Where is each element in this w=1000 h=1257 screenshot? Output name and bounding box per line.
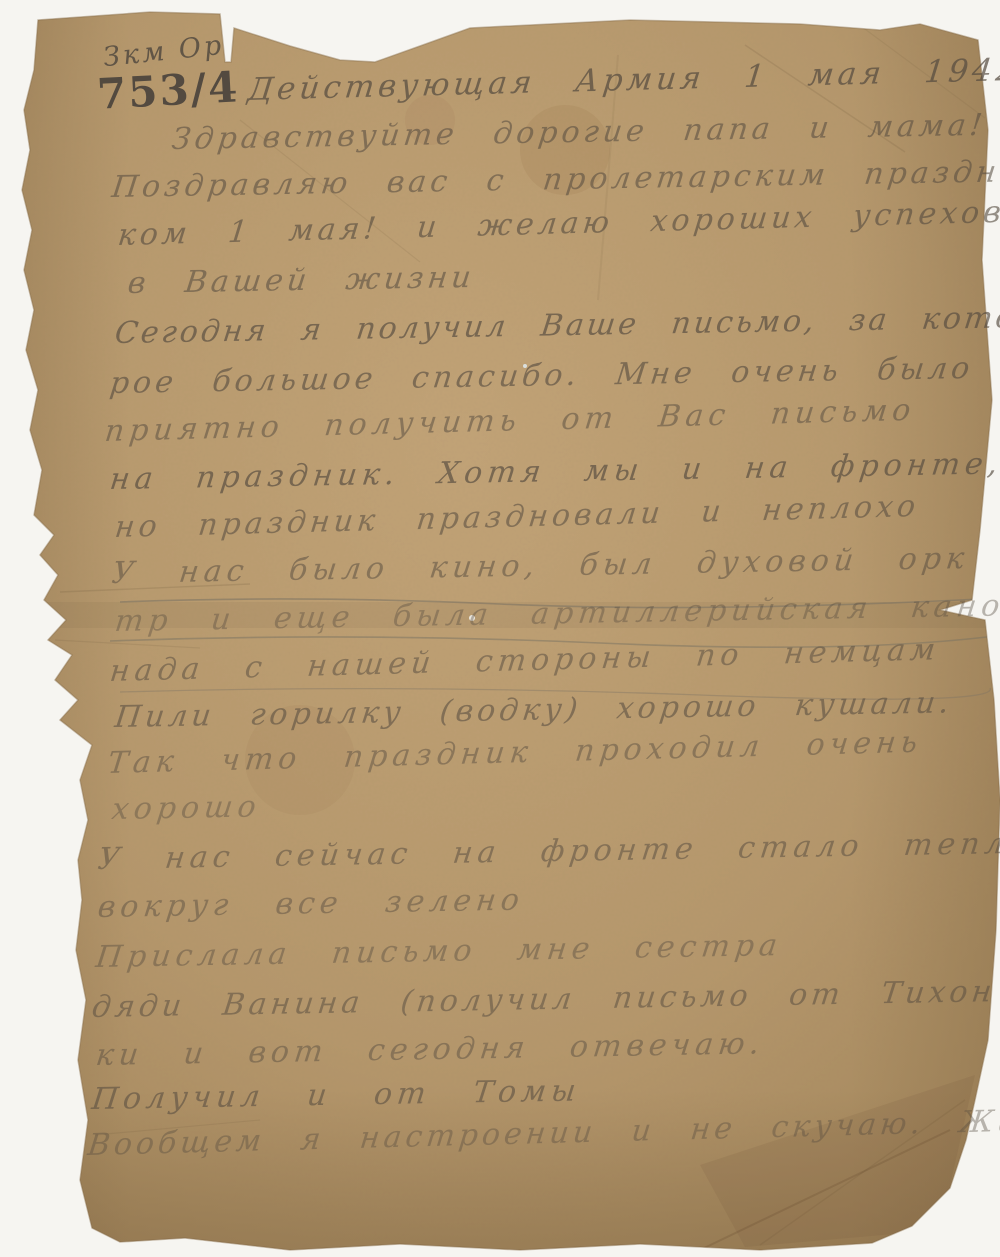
letter-line: рое большое спасибо. Мне очень было xyxy=(108,351,976,401)
letter-line: ком 1 мая! и желаю хороших успехов xyxy=(116,195,1000,253)
letter-line: тр и еще была артиллерийская кано xyxy=(113,588,1000,639)
letter-line: У нас было кино, был духовой орк xyxy=(110,541,971,591)
letter-line: хорошо xyxy=(110,789,263,827)
letter-line: Действующая Армия 1 мая 1942 г xyxy=(246,50,1000,108)
letter-line: У нас сейчас на фронте стало тепло xyxy=(96,826,1000,877)
letter-text: Действующая Армия 1 мая 1942 гЗдравствуй… xyxy=(0,0,1000,1257)
letter-line: приятно получить от Вас письмо xyxy=(103,393,917,449)
letter-line: но праздник праздновали и неплохо xyxy=(113,489,921,545)
letter-line: ки и вот сегодня отвечаю. xyxy=(94,1026,767,1073)
letter-line: Прислала письмо мне сестра xyxy=(94,928,784,975)
letter-line: Получил и от Томы xyxy=(90,1073,583,1117)
letter-line: вокруг все зелено xyxy=(96,883,526,926)
letter-line: Так что праздник проходил очень xyxy=(106,725,924,781)
letter-line: Сегодня я получил Ваше письмо, за кото xyxy=(113,300,1000,351)
letter-line: Здравствуйте дорогие папа и мама! xyxy=(170,108,988,157)
letter-line: в Вашей жизни xyxy=(126,260,477,301)
letter-line: дяди Ванина (получил письмо от Тихон xyxy=(90,974,998,1025)
scan-background: Зкм Ор 753/4 Действующая Армия 1 мая 194… xyxy=(0,0,1000,1257)
letter-line: нада с нашей стороны по немцам xyxy=(108,632,942,689)
